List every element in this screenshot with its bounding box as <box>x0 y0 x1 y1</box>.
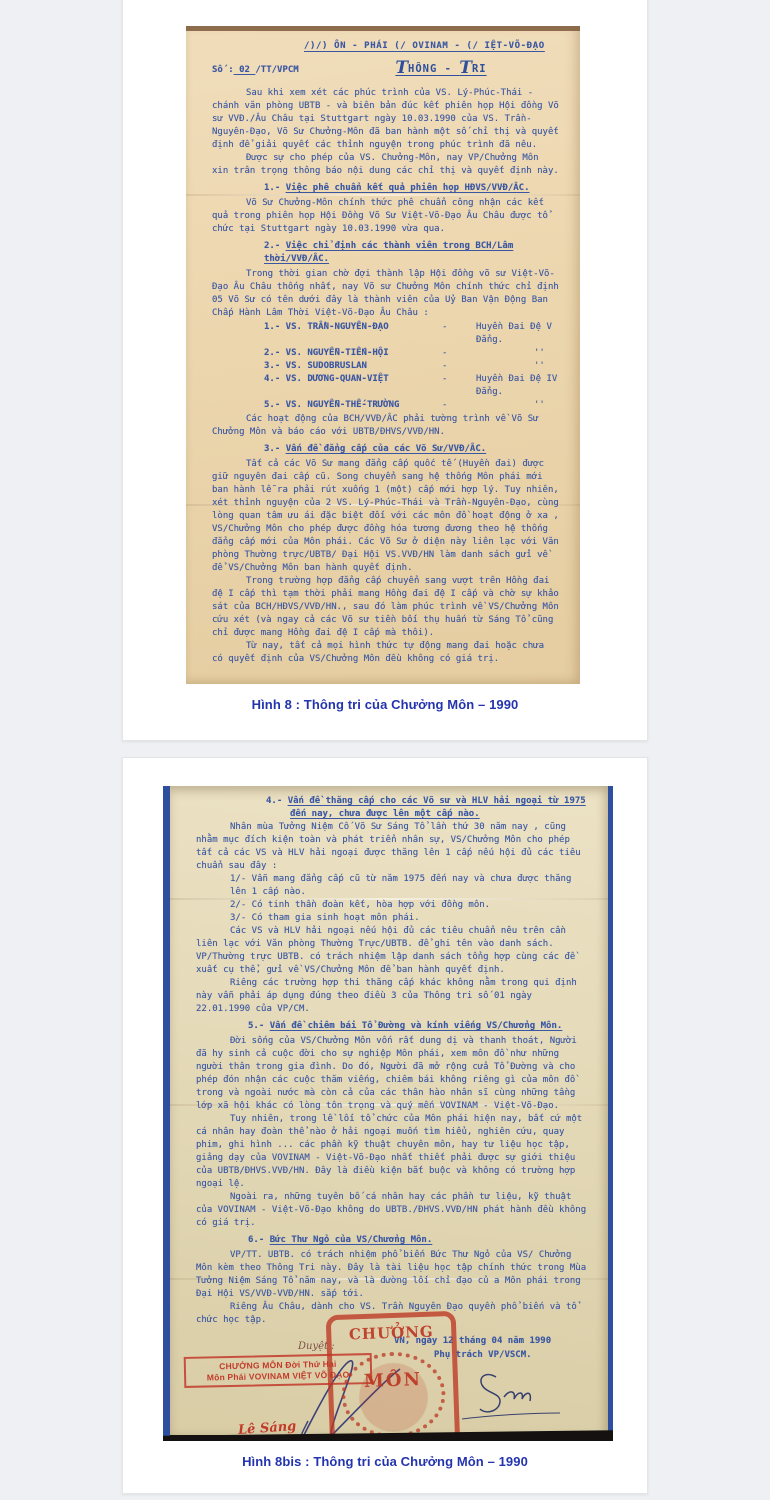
photo-blue-edge-right <box>608 786 613 1441</box>
signature-block: VN, ngày 12 tháng 04 năm 1990 Phụ trách … <box>196 1329 590 1441</box>
figure-card-1: /)/) ÔN - PHÁI (/ OVINAM - (/ IỆT-VÕ-ĐẠO… <box>122 0 648 741</box>
reference-row: Số : 02 /TT/VPCM THÔNG - TRI <box>212 59 560 77</box>
section-6-paragraph-1: VP/TT. UBTB. có trách nhiệm phổ biến Bức… <box>196 1249 590 1301</box>
section-4-heading-line-2: đến nay, chưa được lên một cấp nào. <box>290 808 590 821</box>
ref-label: Số : <box>212 65 234 75</box>
section-1-body: Võ Sư Chưởng-Môn chính thức phê chuẩn cô… <box>212 197 560 236</box>
ref-value: 02 <box>234 65 256 75</box>
ref-suffix: /TT/VPCM <box>255 65 298 75</box>
section-3-paragraph-1: Tất cả các Võ Sư mang đẳng cấp quốc tế (… <box>212 458 560 575</box>
red-seal-icon: CHƯỞNG MÔN <box>326 1311 461 1441</box>
roster-row: 3.- VS. SUDOBRUSLAN-'' <box>264 360 560 373</box>
document-scan-1: /)/) ÔN - PHÁI (/ OVINAM - (/ IỆT-VÕ-ĐẠO… <box>186 26 580 684</box>
section-4-item-3: 3/- Có tham gia sinh hoạt môn phái. <box>230 912 590 925</box>
intro-paragraph-1: Sau khi xem xét các phúc trình của VS. L… <box>212 87 560 152</box>
section-3-paragraph-2: Trong trường hợp đẳng cấp chuyển sang vư… <box>212 575 560 640</box>
section-5-paragraph-1: Đời sống của VS/Chưởng Môn vốn rất dung … <box>196 1035 590 1113</box>
section-3-heading: 3.- Vấn đề đẳng cấp của các Võ Sư/VVĐ/ÂC… <box>264 443 560 456</box>
roster-row: 4.- VS. DƯƠNG-QUAN-VIỆT-Huyền Đai Đệ IV … <box>264 373 560 399</box>
member-roster: 1.- VS. TRẦN-NGUYÊN-ĐẠO-Huyền Đai Đệ V Đ… <box>264 321 560 412</box>
org-header-line: /)/) ÔN - PHÁI (/ OVINAM - (/ IỆT-VÕ-ĐẠO <box>304 40 560 53</box>
reference-number: Số : 02 /TT/VPCM <box>212 64 362 77</box>
sen-ink-signature-icon <box>456 1363 566 1423</box>
document-1-content: /)/) ÔN - PHÁI (/ OVINAM - (/ IỆT-VÕ-ĐẠO… <box>212 38 560 676</box>
section-4-paragraph-2: Các VS và HLV hải ngoại nếu hội đủ các t… <box>196 925 590 977</box>
intro-paragraph-2: Được sự cho phép của VS. Chưởng-Môn, nay… <box>212 152 560 178</box>
section-5-paragraph-2: Tuy nhiên, trong lề lối tổ chức của Môn … <box>196 1113 590 1191</box>
figure-caption-1: Hình 8 : Thông tri của Chưởng Môn – 1990 <box>123 697 647 712</box>
section-4-item-1: 1/- Vẫn mang đẳng cấp cũ từ năm 1975 đến… <box>230 873 590 899</box>
section-4-paragraph-1: Nhân mùa Tưởng Niệm Cố Võ Sư Sáng Tổ lần… <box>196 821 590 873</box>
section-2-body: Trong thời gian chờ đợi thành lập Hội đồ… <box>212 268 560 320</box>
section-5-paragraph-3: Ngoài ra, những tuyên bố cá nhân hay các… <box>196 1191 590 1230</box>
section-3-paragraph-3: Từ nay, tất cả mọi hình thức tự động man… <box>212 640 560 666</box>
figure-card-2: 4.- Vấn đề thăng cấp cho các Võ sư và HL… <box>122 757 648 1494</box>
section-2-heading: 2.- Việc chỉ định các thành viên trong B… <box>264 240 560 266</box>
section-4-item-2: 2/- Có tinh thần đoàn kết, hòa hợp với đ… <box>230 899 590 912</box>
roster-note: Các hoạt động của BCH/VVĐ/ÂC phải tường … <box>212 413 560 439</box>
document-2-paper: 4.- Vấn đề thăng cấp cho các Võ sư và HL… <box>170 786 608 1435</box>
section-5-heading: 5.- Vấn đề chiêm bái Tổ Đường và kính vi… <box>248 1020 590 1033</box>
document-scan-2: 4.- Vấn đề thăng cấp cho các Võ sư và HL… <box>163 786 613 1441</box>
document-title: THÔNG - TRI <box>362 59 520 77</box>
photo-blue-edge-left <box>163 786 170 1441</box>
section-4-heading-line-1: 4.- Vấn đề thăng cấp cho các Võ sư và HL… <box>266 795 590 808</box>
section-4-paragraph-3: Riêng các trường hợp thi thăng cấp khác … <box>196 977 590 1016</box>
section-1-heading: 1.- Việc phê chuẩn kết quả phiên họp HĐV… <box>264 182 560 195</box>
section-6-heading: 6.- Bức Thư Ngỏ của VS/Chưởng Môn. <box>248 1234 590 1247</box>
roster-row: 1.- VS. TRẦN-NGUYÊN-ĐẠO-Huyền Đai Đệ V Đ… <box>264 321 560 347</box>
figure-caption-2: Hình 8bis : Thông tri của Chưởng Môn – 1… <box>123 1454 647 1469</box>
document-2-content: 4.- Vấn đề thăng cấp cho các Võ sư và HL… <box>196 795 590 1429</box>
roster-row: 2.- VS. NGUYỄN-TIẾN-HỘI-'' <box>264 347 560 360</box>
roster-row: 5.- VS. NGUYỄN-THẾ-TRƯỜNG-'' <box>264 399 560 412</box>
